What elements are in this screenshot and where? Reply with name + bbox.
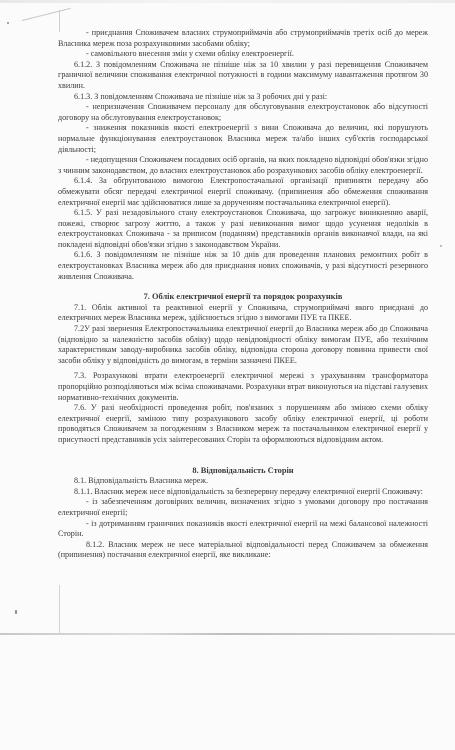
scan-edge-top	[0, 0, 455, 3]
paragraph: - із забезпеченням договірних величин, в…	[58, 497, 428, 518]
spacer	[58, 282, 428, 292]
document-body: - приєднання Споживачем власних струмопр…	[58, 28, 428, 561]
spacer	[58, 446, 428, 456]
scan-speck	[7, 22, 9, 24]
paragraph-8-1-1: 8.1.1. Власник мереж несе відповідальніс…	[58, 487, 428, 498]
paragraph: - зниження показників якості електроенер…	[58, 123, 428, 155]
paragraph-8-1: 8.1. Відповідальність Власника мереж.	[58, 476, 428, 487]
paragraph-6-1-4: 6.1.4. За обґрунтованою вимогою Електроп…	[58, 176, 428, 208]
margin-line	[59, 585, 60, 635]
paragraph: - непризначення Споживачем персоналу для…	[58, 102, 428, 123]
paragraph-6-1-5: 6.1.5. У разі незадовільного стану елект…	[58, 208, 428, 250]
section-8-heading: 8. Відповідальність Сторін	[58, 466, 428, 477]
paragraph: - із дотриманням граничних показників як…	[58, 519, 428, 540]
scan-edge-bottom	[0, 633, 455, 635]
paragraph: - самовільного внесення змін у схеми обл…	[58, 49, 428, 60]
spacer	[58, 456, 428, 466]
paragraph: - недопущення Споживачем посадових осіб …	[58, 155, 428, 176]
paragraph-6-1-2: 6.1.2. З повідомленням Споживача не пізн…	[58, 60, 428, 92]
paragraph-6-1-3: 6.1.3. З повідомленням Споживача не пізн…	[58, 92, 428, 103]
paragraph-8-1-2: 8.1.2. Власник мереж не несе матеріально…	[58, 540, 428, 561]
scan-artifact-line	[22, 8, 71, 21]
paragraph-7-6: 7.6. У разі необхідності проведення робі…	[58, 403, 428, 445]
section-7-heading: 7. Облік електричної енергії та порядок …	[58, 292, 428, 303]
paragraph: - приєднання Споживачем власних струмопр…	[58, 28, 428, 49]
paragraph-7-3: 7.3. Розрахункові втрати електроенергії …	[58, 371, 428, 403]
paragraph-7-1: 7.1. Облік активної та реактивної енергі…	[58, 303, 428, 324]
scan-speck	[15, 610, 17, 614]
paragraph-6-1-6: 6.1.6. З повідомленням не пізніше ніж за…	[58, 250, 428, 282]
paragraph-7-2: 7.2У разі звернення Електропостачальника…	[58, 324, 428, 366]
scanned-document-page: - приєднання Споживачем власних струмопр…	[0, 0, 455, 750]
scan-speck	[440, 245, 442, 247]
